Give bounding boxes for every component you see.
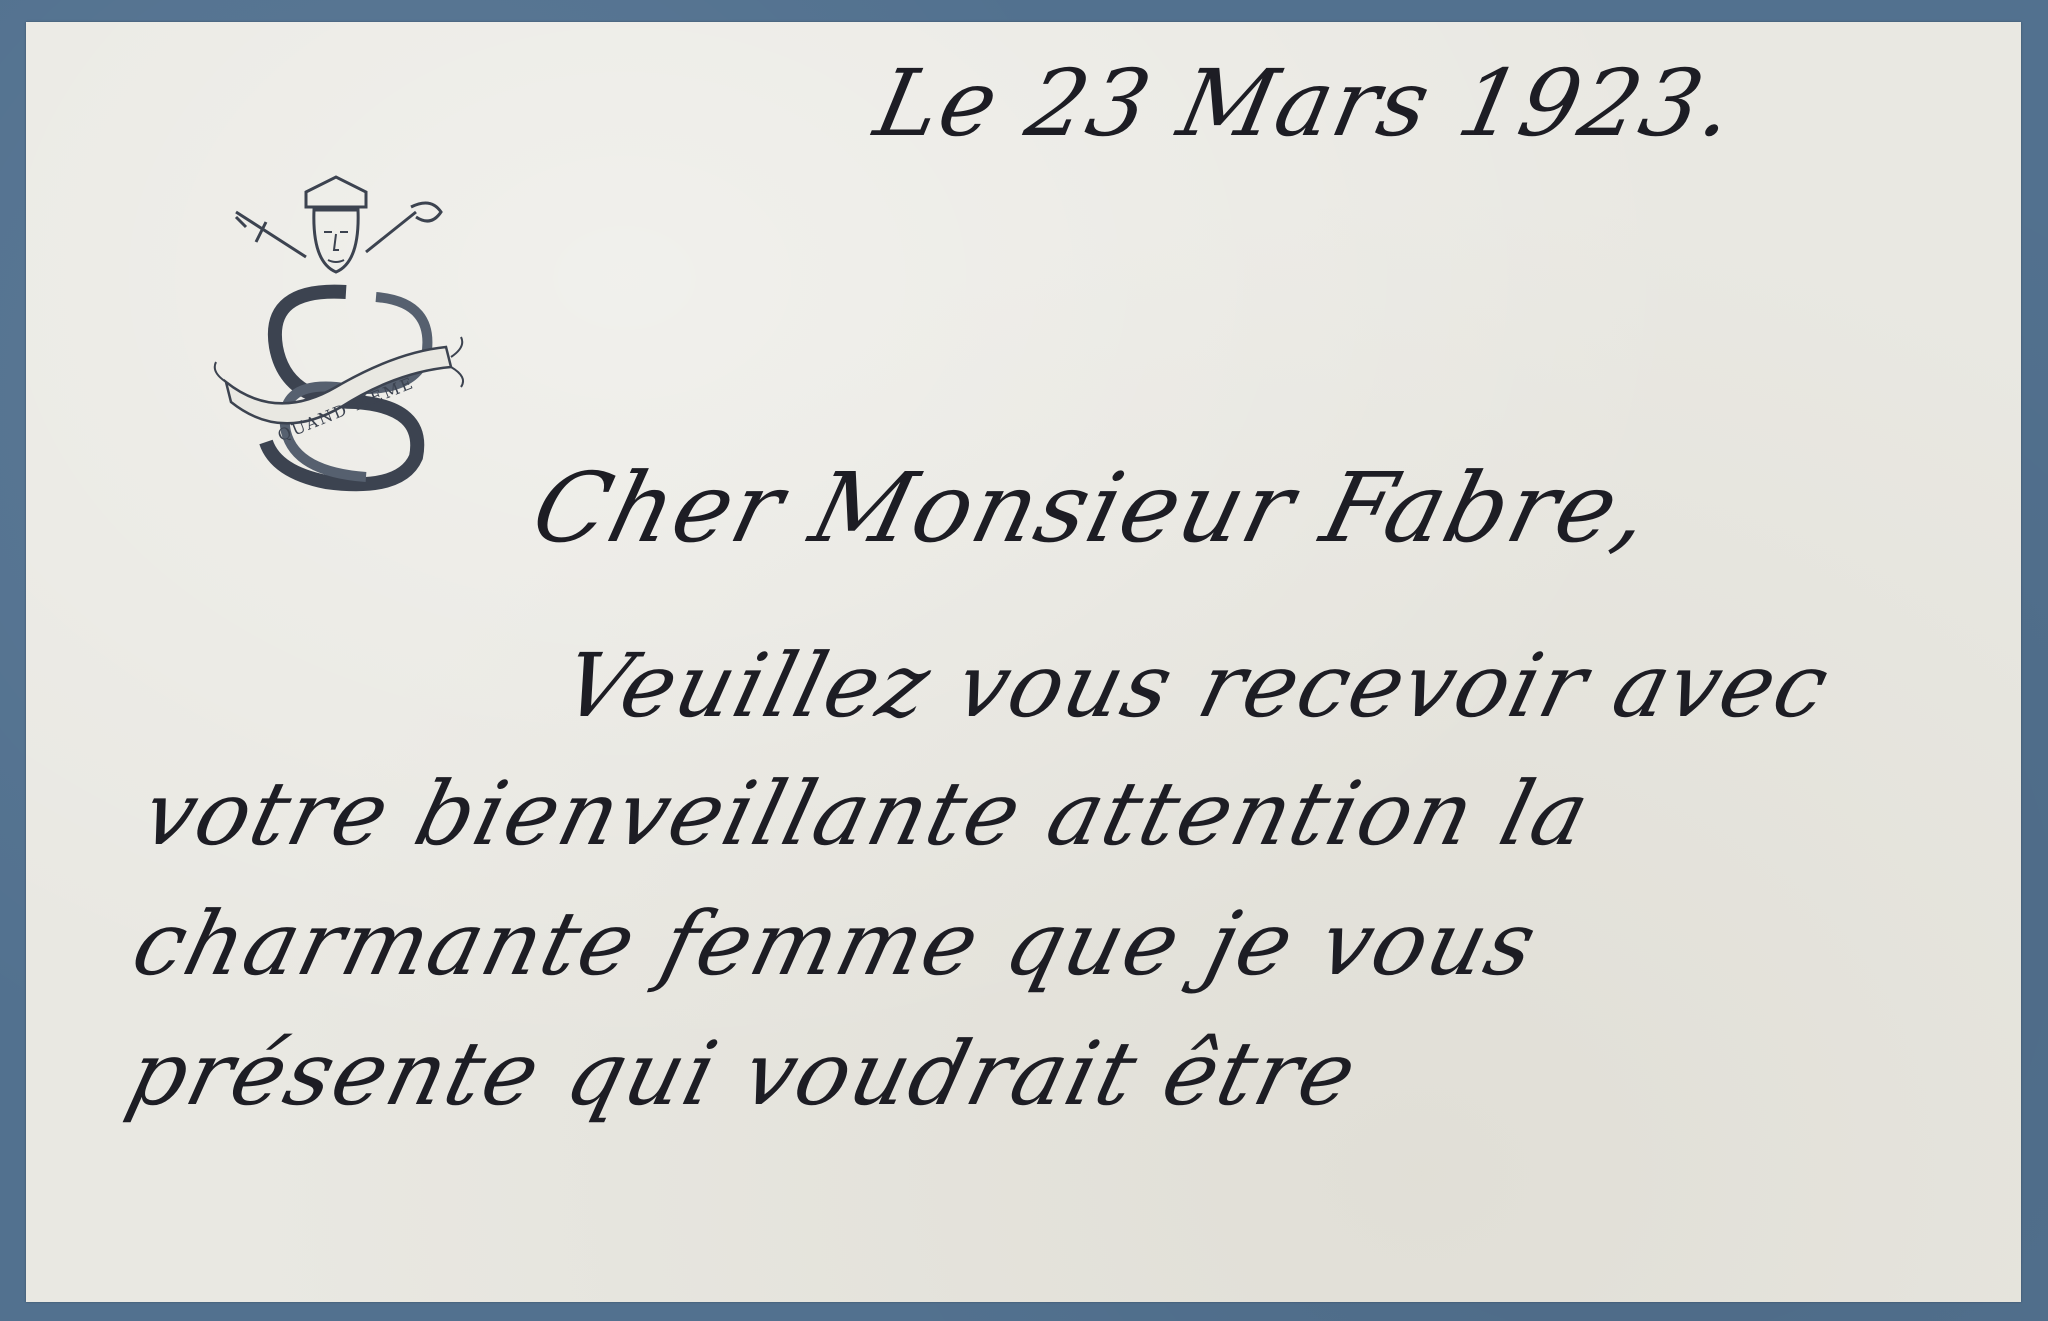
letter-card: QUAND MEME Le 23 Mars 1923. Cher Monsieu… (26, 22, 2021, 1302)
monogram-crest-icon: QUAND MEME (206, 172, 466, 502)
letterhead-emblem: QUAND MEME (206, 172, 466, 502)
letter-date: Le 23 Mars 1923. (867, 50, 1746, 157)
body-line: présente qui voudrait être (118, 1022, 1368, 1125)
card-border: QUAND MEME Le 23 Mars 1923. Cher Monsieu… (0, 0, 2048, 1321)
body-line: charmante femme que je vous (123, 892, 1548, 995)
body-line: Veuillez vous recevoir avec (553, 634, 1840, 737)
letter-salutation: Cher Monsieur Fabre, (522, 452, 1663, 564)
body-line: votre bienveillante attention la (133, 762, 1601, 865)
